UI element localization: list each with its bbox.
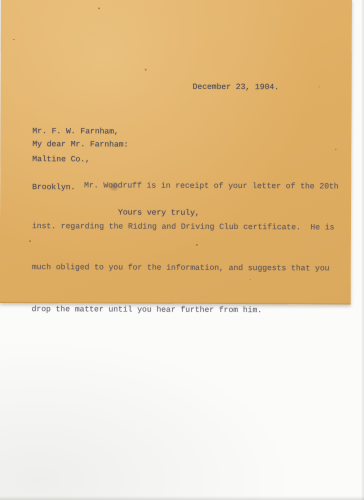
- body-line: inst. regarding the Riding and Driving C…: [32, 220, 339, 235]
- paper-speckle: [98, 7, 100, 9]
- photo-bottom-edge: [0, 496, 364, 500]
- salutation: My dear Mr. Farnham:: [32, 140, 128, 150]
- recipient-name: Mr. F. W. Farnham,: [32, 127, 118, 137]
- paper-speckle: [13, 39, 15, 40]
- paper-speckle: [335, 148, 336, 150]
- body-line: much obliged to you for the information,…: [32, 262, 339, 277]
- letter-paper: December 23, 1904. Mr. F. W. Farnham, Ma…: [0, 0, 352, 305]
- paper-speckle: [319, 86, 320, 87]
- letter-body: Mr. Woodruff is in receipt of your lette…: [31, 151, 338, 345]
- photo-of-letter: December 23, 1904. Mr. F. W. Farnham, Ma…: [0, 0, 364, 500]
- body-line: drop the matter until you hear further f…: [32, 303, 339, 318]
- body-line: Mr. Woodruff is in receipt of your lette…: [32, 179, 339, 194]
- paper-speckle: [145, 69, 147, 71]
- letter-date: December 23, 1904.: [193, 83, 279, 93]
- paper-speckle: [29, 240, 31, 242]
- complimentary-closing: Yours very truly,: [118, 209, 200, 219]
